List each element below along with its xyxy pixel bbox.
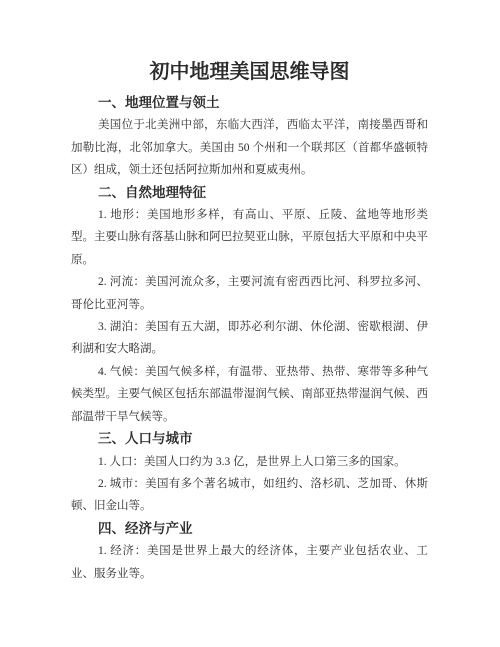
section-natural-features: 二、自然地理特征 1. 地形：美国地形多样，有高山、平原、丘陵、盆地等地形类型。… (71, 182, 428, 428)
paragraph-climate: 4. 气候：美国气候多样，有温带、亚热带、热带、寒带等多种气候类型。主要气候区包… (71, 361, 428, 428)
section-heading-natural-features: 二、自然地理特征 (71, 182, 428, 204)
paragraph-lakes: 3. 湖泊：美国有五大湖，即苏必利尔湖、休伦湖、密歇根湖、伊利湖和安大略湖。 (71, 316, 428, 361)
paragraph-population: 1. 人口：美国人口约为 3.3 亿，是世界上人口第三多的国家。 (71, 451, 428, 473)
section-heading-economy-industry: 四、经济与产业 (71, 518, 428, 540)
paragraph-terrain: 1. 地形：美国地形多样，有高山、平原、丘陵、盆地等地形类型。主要山脉有落基山脉… (71, 204, 428, 271)
paragraph: 美国位于北美洲中部，东临大西洋，西临太平洋，南接墨西哥和加勒比海，北邻加拿大。美… (71, 114, 428, 181)
section-location-territory: 一、地理位置与领土 美国位于北美洲中部，东临大西洋，西临太平洋，南接墨西哥和加勒… (71, 92, 428, 182)
paragraph-economy: 1. 经济：美国是世界上最大的经济体，主要产业包括农业、工业、服务业等。 (71, 540, 428, 585)
paragraph-cities: 2. 城市：美国有多个著名城市，如纽约、洛杉矶、芝加哥、休斯顿、旧金山等。 (71, 473, 428, 518)
document-title: 初中地理美国思维导图 (71, 58, 428, 86)
section-economy-industry: 四、经济与产业 1. 经济：美国是世界上最大的经济体，主要产业包括农业、工业、服… (71, 518, 428, 585)
section-population-cities: 三、人口与城市 1. 人口：美国人口约为 3.3 亿，是世界上人口第三多的国家。… (71, 428, 428, 518)
section-heading-location-territory: 一、地理位置与领土 (71, 92, 428, 114)
paragraph-rivers: 2. 河流：美国河流众多，主要河流有密西西比河、科罗拉多河、哥伦比亚河等。 (71, 271, 428, 316)
document-page: 初中地理美国思维导图 一、地理位置与领土 美国位于北美洲中部，东临大西洋，西临太… (0, 0, 500, 647)
section-heading-population-cities: 三、人口与城市 (71, 428, 428, 450)
